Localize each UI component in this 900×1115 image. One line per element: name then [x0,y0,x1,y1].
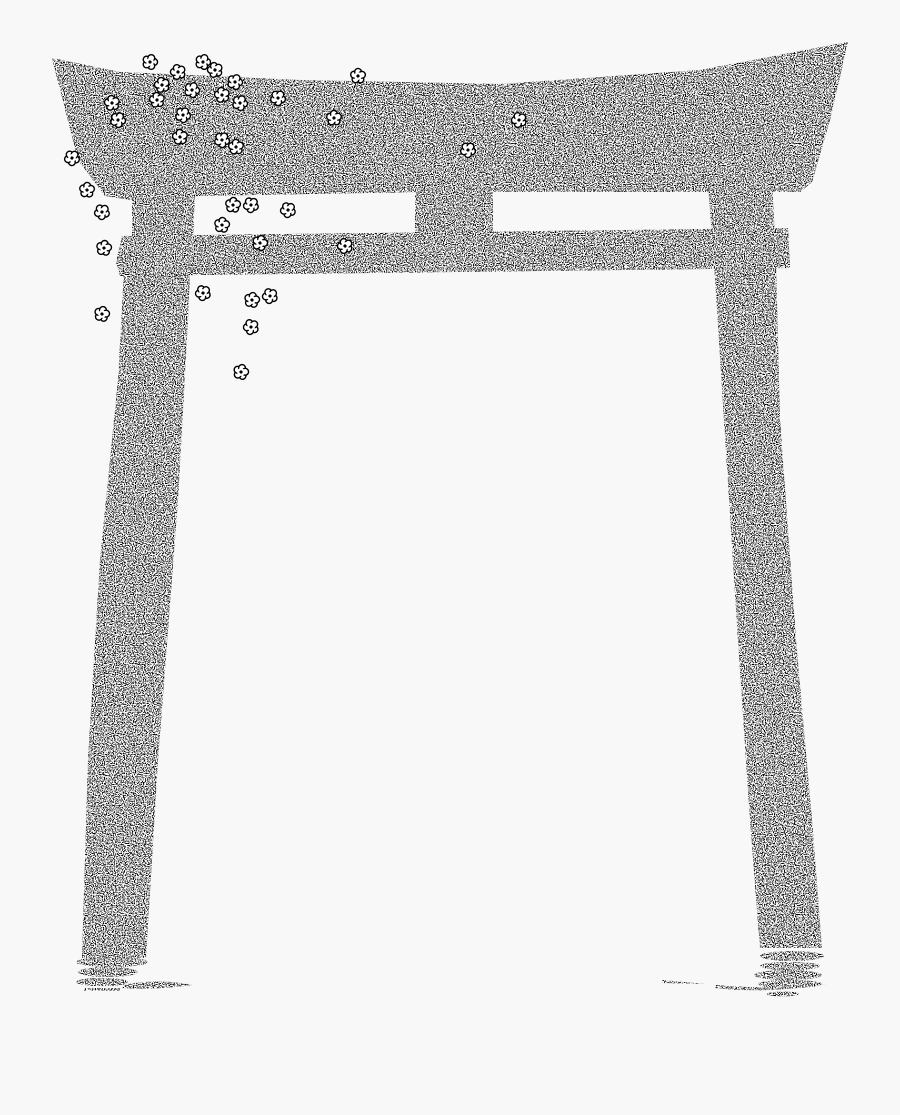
flower-icon [93,305,112,324]
torii-gate-illustration [0,0,900,1115]
flower-icon [223,195,243,215]
reflection-right [662,951,826,997]
flower-icon [93,203,112,222]
reflection-left [76,957,192,991]
flower-icon [94,239,114,258]
flower-icon [194,283,213,303]
gate [52,42,848,997]
flower-icon [77,180,97,200]
right-pillar [714,262,822,948]
flower-icon [260,286,280,306]
top-beam [52,42,848,200]
flower-icon [212,216,232,236]
flower-icon [242,196,261,215]
right-pillar-top [708,185,775,235]
flower-icon [243,291,262,310]
flower-icon [241,317,261,337]
flower-icon [279,200,298,219]
lower-beam [116,228,790,276]
flower-icon [232,363,251,382]
flower-icon [143,55,157,70]
left-pillar [82,270,190,958]
left-pillar-top [132,192,195,240]
